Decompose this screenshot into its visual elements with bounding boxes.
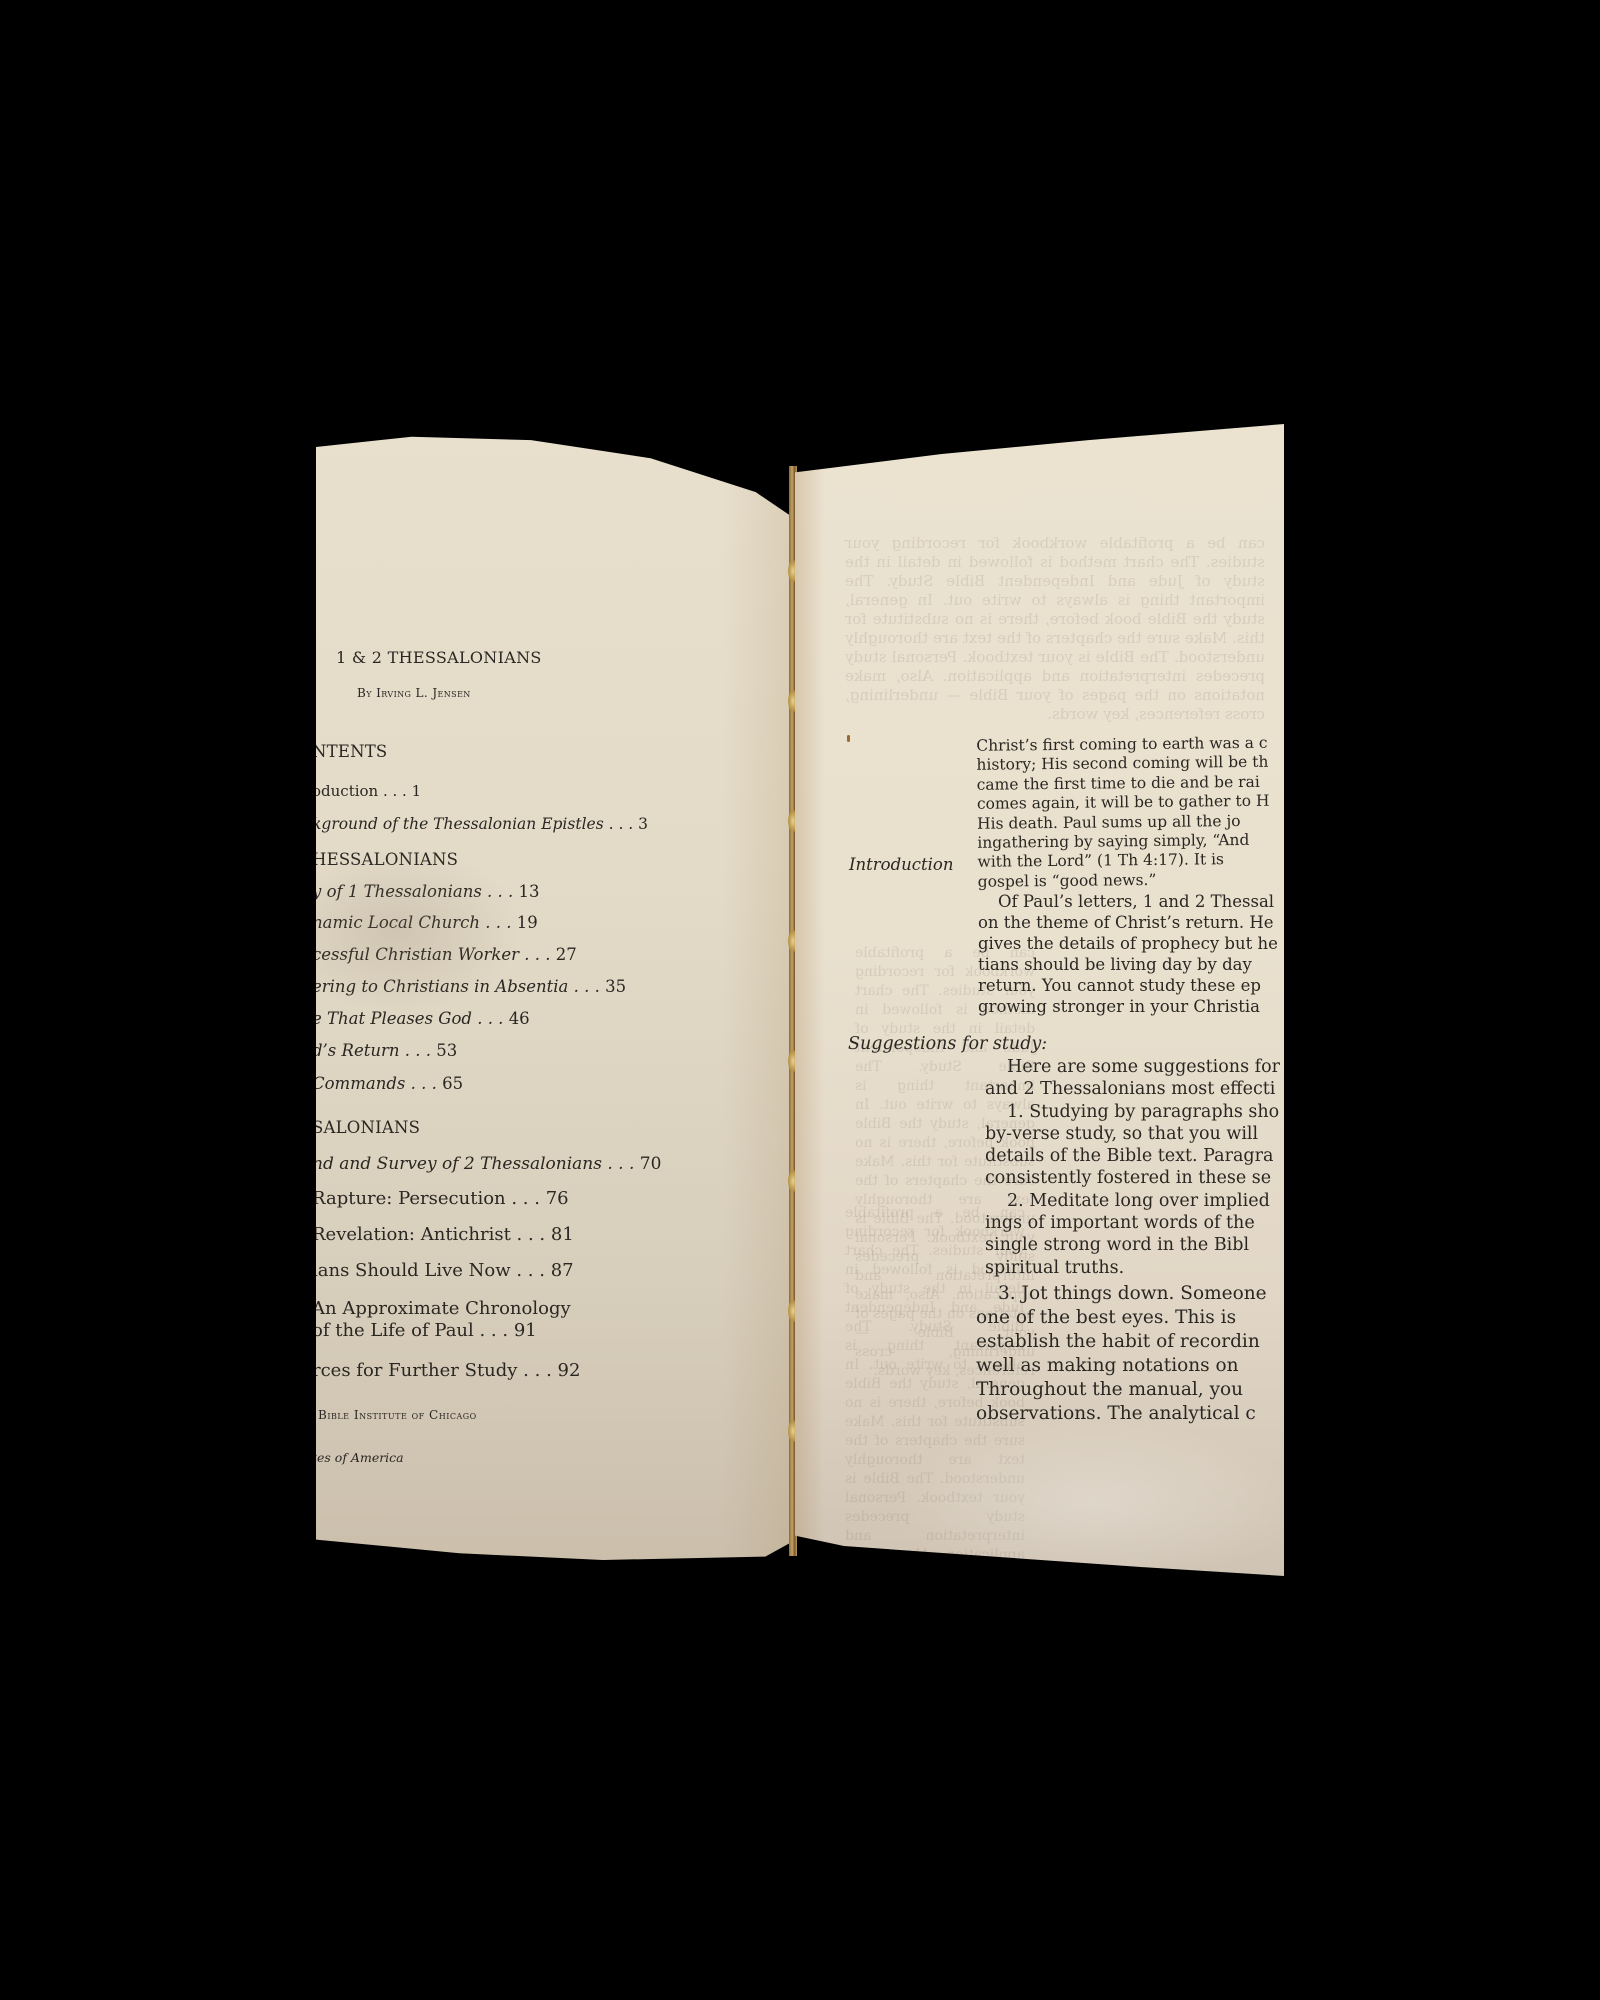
toc-entry: Commands . . . 65 — [316, 1074, 463, 1093]
toc-entry: of the Life of Paul . . . 91 — [316, 1320, 537, 1341]
toc-entry: Rapture: Persecution . . . 76 — [316, 1188, 569, 1209]
toc-entry: oduction . . . 1 — [316, 782, 421, 800]
text-line: ingathering by saying simply, “And — [977, 830, 1284, 853]
section-heading-1-thessalonians: HESSALONIANS — [316, 850, 458, 869]
toc-entry: namic Local Church . . . 19 — [316, 913, 538, 932]
toc-entry-page: 13 — [519, 882, 540, 901]
toc-entry-page: 35 — [605, 977, 626, 996]
toc-entry: cessful Christian Worker . . . 27 — [316, 945, 577, 964]
toc-entry: d’s Return . . . 53 — [316, 1041, 457, 1060]
toc-entry-label: e That Pleases God . . . — [316, 1009, 503, 1028]
toc-entry-page: 81 — [551, 1224, 574, 1245]
toc-entry: nd and Survey of 2 Thessalonians . . . 7… — [316, 1154, 661, 1174]
text-line: consistently fostered in these se — [985, 1167, 1284, 1189]
text-line: tians should be living day by day — [978, 954, 1284, 975]
left-page-contents: 1 & 2 THESSALONIANS By Irving L. Jensen … — [316, 430, 794, 1560]
text-line: spiritual truths. — [985, 1257, 1284, 1279]
toc-entry-label: nd and Survey of 2 Thessalonians . . . — [316, 1154, 634, 1174]
toc-entry-page: 27 — [556, 945, 577, 964]
text-line: establish the habit of recordin — [976, 1330, 1284, 1354]
publisher-line: Bible Institute of Chicago — [318, 1408, 477, 1422]
toc-entry-label: namic Local Church . . . — [316, 913, 511, 932]
ink-speck — [847, 735, 850, 742]
toc-entry-label: kground of the Thessalonian Epistles . .… — [316, 815, 633, 833]
toc-entry-label: ians Should Live Now . . . — [316, 1260, 545, 1281]
text-line: well as making notations on — [976, 1354, 1284, 1378]
toc-entry: An Approximate Chronology — [316, 1298, 571, 1319]
side-label-suggestions: Suggestions for study: — [848, 1034, 1047, 1054]
text-line: comes again, it will be to gather to H — [977, 791, 1284, 814]
toc-entry-page: 91 — [514, 1320, 537, 1341]
text-line: ings of important words of the — [985, 1212, 1284, 1234]
bleed-through-text: can be a profitable workbook for recordi… — [845, 534, 1265, 734]
book-author: By Irving L. Jensen — [357, 686, 471, 700]
intro-paragraph: Christ’s first coming to earth was a c h… — [976, 733, 1284, 892]
text-line: one of the best eyes. This is — [976, 1306, 1284, 1330]
suggestion-item-1: 1. Studying by paragraphs sho — [985, 1101, 1284, 1123]
toc-entry-page: 76 — [546, 1188, 569, 1209]
text-line: by-verse study, so that you will — [985, 1123, 1284, 1145]
text-line: and 2 Thessalonians most effecti — [985, 1078, 1284, 1100]
letters-paragraph: Of Paul’s letters, 1 and 2 Thessal on th… — [978, 891, 1284, 1017]
text-line: details of the Bible text. Paragra — [985, 1145, 1284, 1167]
toc-entry-page: 53 — [436, 1041, 457, 1060]
suggestions-list-continued: 3. Jot things down. Someone one of the b… — [976, 1282, 1284, 1426]
toc-entry-label: Commands . . . — [316, 1074, 437, 1093]
right-page-introduction: can be a profitable workbook for recordi… — [795, 424, 1284, 1576]
toc-entry: kground of the Thessalonian Epistles . .… — [316, 815, 648, 833]
toc-entry-label: rces for Further Study . . . — [316, 1360, 552, 1381]
toc-entry-label: y of 1 Thessalonians . . . — [316, 882, 513, 901]
text-line: gospel is “good news.” — [978, 869, 1284, 892]
section-heading-2-thessalonians: SALONIANS — [316, 1118, 420, 1137]
toc-entry: ians Should Live Now . . . 87 — [316, 1260, 574, 1281]
toc-entry-label: An Approximate Chronology — [316, 1298, 571, 1319]
text-line: Of Paul’s letters, 1 and 2 Thessal — [978, 891, 1284, 912]
toc-entry-label: of the Life of Paul . . . — [316, 1320, 508, 1341]
side-label-introduction: Introduction — [849, 855, 954, 874]
toc-entry-page: 19 — [517, 913, 538, 932]
text-line: return. You cannot study these ep — [978, 975, 1284, 996]
toc-entry-page: 1 — [412, 782, 422, 800]
book-title: 1 & 2 THESSALONIANS — [336, 648, 542, 667]
text-line: on the theme of Christ’s return. He — [978, 912, 1284, 933]
toc-entry: y of 1 Thessalonians . . . 13 — [316, 882, 540, 901]
toc-entry: rces for Further Study . . . 92 — [316, 1360, 580, 1381]
toc-entry-page: 3 — [638, 815, 648, 833]
toc-entry-label: Revelation: Antichrist . . . — [316, 1224, 545, 1245]
toc-entry-label: oduction . . . — [316, 782, 407, 800]
text-line: Here are some suggestions for — [985, 1056, 1284, 1078]
text-line: growing stronger in your Christia — [978, 996, 1284, 1017]
toc-entry: ering to Christians in Absentia . . . 35 — [316, 977, 626, 996]
toc-entry-page: 46 — [509, 1009, 530, 1028]
suggestions-list: Here are some suggestions for and 2 Thes… — [985, 1056, 1284, 1279]
toc-entry-label: d’s Return . . . — [316, 1041, 431, 1060]
text-line: Throughout the manual, you — [976, 1378, 1284, 1402]
toc-entry-page: 65 — [442, 1074, 463, 1093]
toc-entry-page: 92 — [558, 1360, 581, 1381]
toc-entry-page: 70 — [640, 1154, 662, 1174]
toc-entry-label: Rapture: Persecution . . . — [316, 1188, 540, 1209]
suggestion-item-3: 3. Jot things down. Someone — [976, 1282, 1284, 1306]
toc-entry-label: ering to Christians in Absentia . . . — [316, 977, 600, 996]
toc-entry-page: 87 — [551, 1260, 574, 1281]
toc-entry: e That Pleases God . . . 46 — [316, 1009, 530, 1028]
photo-scene: 1 & 2 THESSALONIANS By Irving L. Jensen … — [0, 0, 1600, 2000]
toc-entry: Revelation: Antichrist . . . 81 — [316, 1224, 574, 1245]
toc-entry-label: cessful Christian Worker . . . — [316, 945, 550, 964]
printed-in-line: tes of America — [316, 1450, 404, 1465]
suggestion-item-2: 2. Meditate long over implied — [985, 1190, 1284, 1212]
contents-heading: NTENTS — [316, 742, 387, 761]
text-line: single strong word in the Bibl — [985, 1234, 1284, 1256]
text-line: gives the details of prophecy but he — [978, 933, 1284, 954]
text-line: observations. The analytical c — [976, 1402, 1284, 1426]
